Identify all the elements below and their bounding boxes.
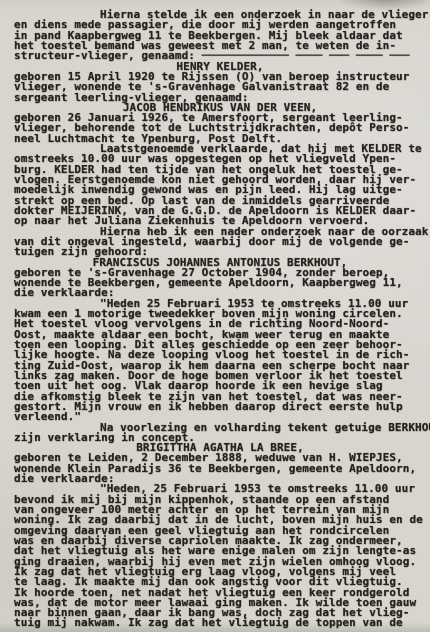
text-line: tuig mij nakwam. Ik zag dat het vliegtui… [14, 618, 426, 628]
document-body: Hierna stelde ik een onderzoek in naar d… [14, 10, 426, 629]
document-page: Hierna stelde ik een onderzoek in naar d… [14, 10, 426, 629]
